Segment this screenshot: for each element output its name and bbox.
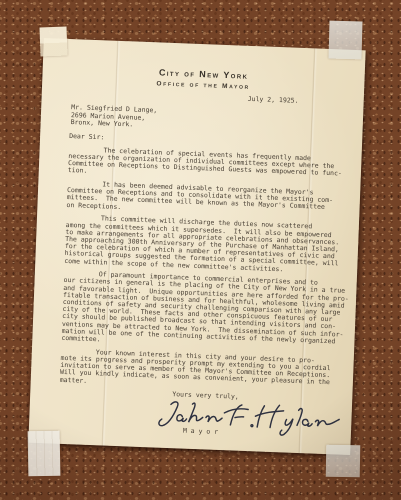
tape-top-right [329,21,363,60]
letter-document: City of New York Office of the Mayor Jul… [28,38,365,455]
paragraph-4: Of paramount importance to commercial en… [61,270,356,353]
corkboard-photo: City of New York Office of the Mayor Jul… [0,0,401,500]
recipient-address: Mr. Siegfried D Lange, 2696 Marion Avenu… [71,104,158,130]
letter-date: July 2, 1925. [248,95,299,105]
letter-body: Dear Sir: The celebration of special eve… [60,133,361,395]
tape-bottom-left [28,431,61,477]
tape-bottom-right [326,445,361,478]
paragraph-3: This committee will discharge the duties… [64,214,358,276]
paragraph-5: Your known interest in this city and you… [60,348,353,395]
letterhead: City of New York Office of the Mayor [42,63,365,95]
signer-title-mayor: M a y o r [183,427,219,436]
tape-top-left [40,27,68,57]
